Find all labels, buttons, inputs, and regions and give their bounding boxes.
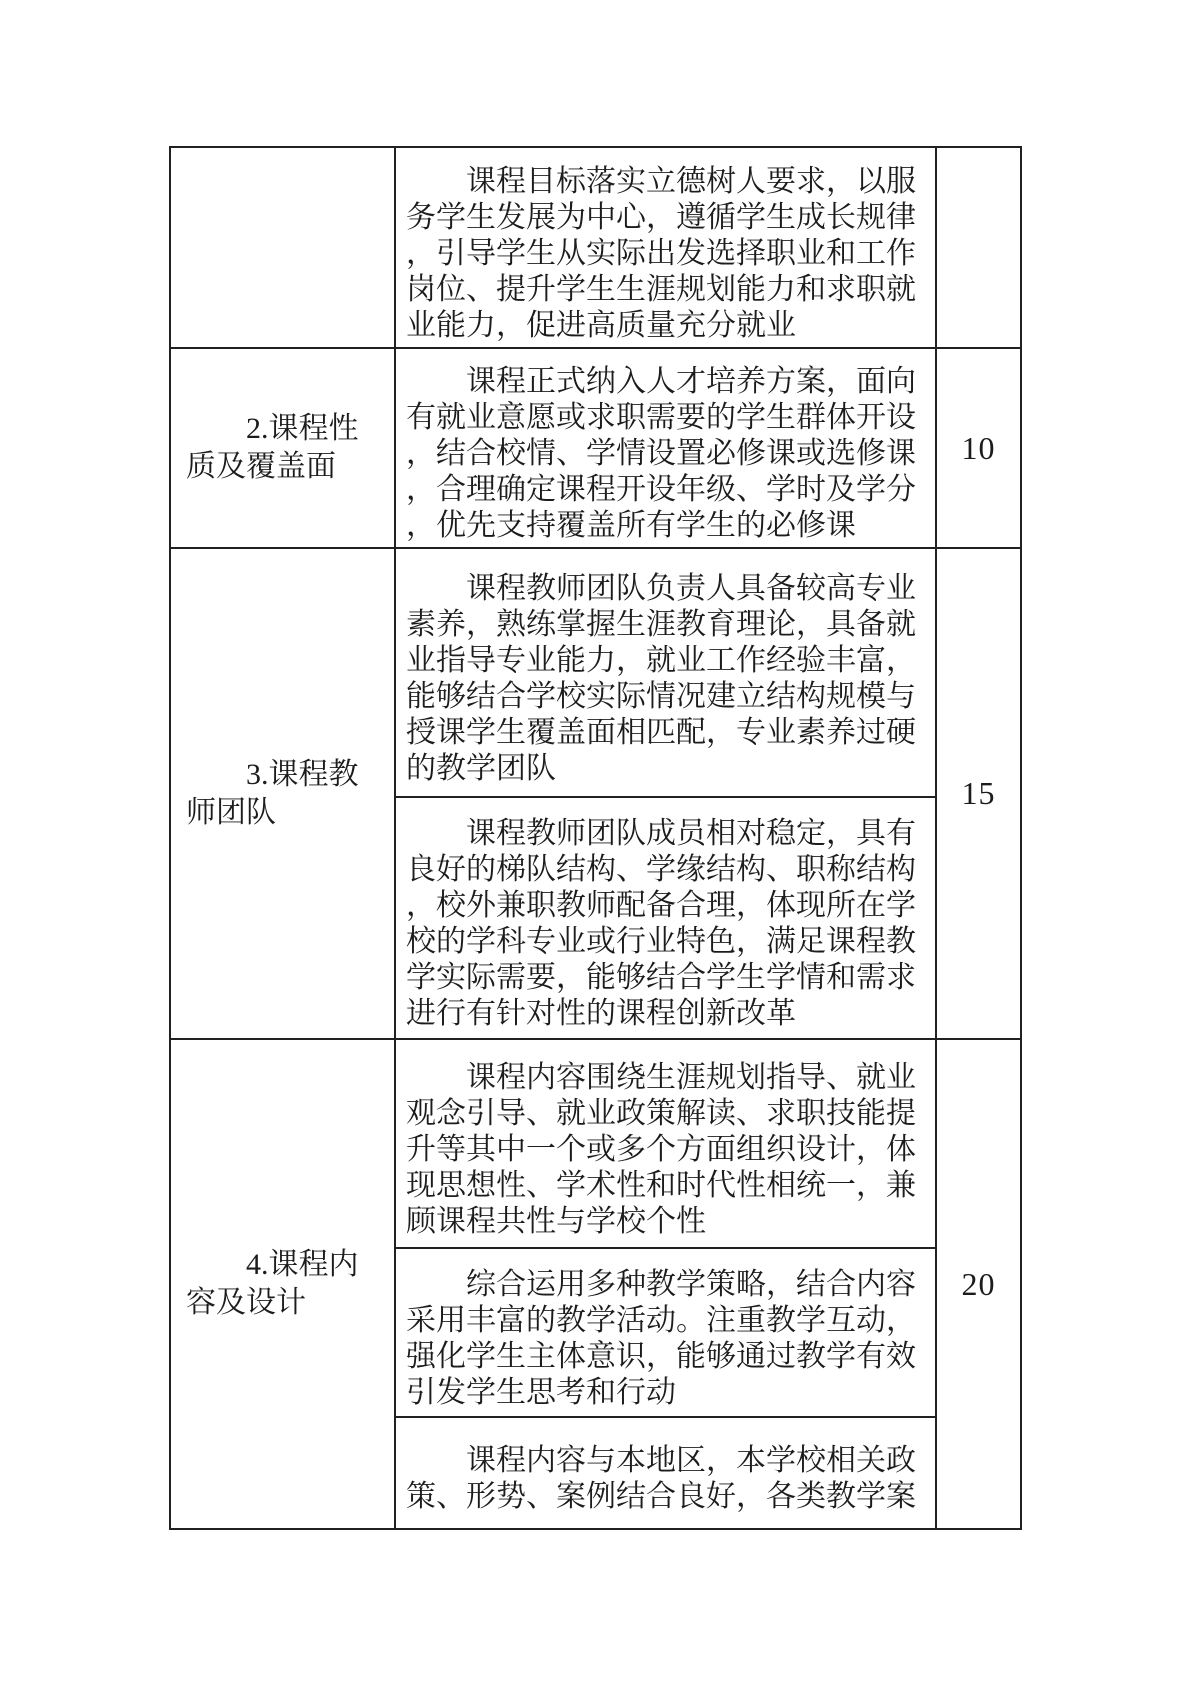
criteria-text-3a: 课程教师团队负责人具备较高专业素养，熟练掌握生涯教育理论，具备就业指导专业能力，… bbox=[406, 571, 923, 787]
criteria-text-1: 课程目标落实立德树人要求，以服务学生发展为中心，遵循学生成长规律，引导学生从实际… bbox=[406, 164, 923, 344]
indicator-cell-3: 3.课程教师团队 bbox=[170, 548, 395, 1039]
criteria-cell-4b: 综合运用多种教学策略，结合内容采用丰富的教学活动。注重教学互动，强化学生主体意识… bbox=[395, 1248, 936, 1417]
criteria-cell-4c: 课程内容与本地区，本学校相关政策、形势、案例结合良好，各类教学案 bbox=[395, 1417, 936, 1529]
score-cell-3: 15 bbox=[936, 548, 1021, 1039]
document-page: 课程目标落实立德树人要求，以服务学生发展为中心，遵循学生成长规律，引导学生从实际… bbox=[0, 0, 1191, 1684]
table-row-2: 2.课程性质及覆盖面 课程正式纳入人才培养方案，面向有就业意愿或求职需要的学生群… bbox=[170, 348, 1021, 548]
score-cell-1 bbox=[936, 147, 1021, 348]
criteria-text-2: 课程正式纳入人才培养方案，面向有就业意愿或求职需要的学生群体开设，结合校情、学情… bbox=[406, 364, 923, 544]
criteria-text-3b: 课程教师团队成员相对稳定，具有良好的梯队结构、学缘结构、职称结构，校外兼职教师配… bbox=[406, 816, 923, 1032]
score-cell-2: 10 bbox=[936, 348, 1021, 548]
criteria-cell-4a: 课程内容围绕生涯规划指导、就业观念引导、就业政策解读、求职技能提升等其中一个或多… bbox=[395, 1039, 936, 1248]
score-cell-4: 20 bbox=[936, 1039, 1021, 1529]
indicator-cell-2: 2.课程性质及覆盖面 bbox=[170, 348, 395, 548]
criteria-cell-3a: 课程教师团队负责人具备较高专业素养，熟练掌握生涯教育理论，具备就业指导专业能力，… bbox=[395, 548, 936, 797]
indicator-label-4: 4.课程内容及设计 bbox=[186, 1246, 379, 1322]
indicator-label-2: 2.课程性质及覆盖面 bbox=[186, 410, 379, 486]
criteria-text-4a: 课程内容围绕生涯规划指导、就业观念引导、就业政策解读、求职技能提升等其中一个或多… bbox=[406, 1060, 923, 1240]
criteria-text-4b: 综合运用多种教学策略，结合内容采用丰富的教学活动。注重教学互动，强化学生主体意识… bbox=[406, 1267, 923, 1411]
criteria-cell-3b: 课程教师团队成员相对稳定，具有良好的梯队结构、学缘结构、职称结构，校外兼职教师配… bbox=[395, 797, 936, 1039]
table-row-1: 课程目标落实立德树人要求，以服务学生发展为中心，遵循学生成长规律，引导学生从实际… bbox=[170, 147, 1021, 348]
evaluation-table: 课程目标落实立德树人要求，以服务学生发展为中心，遵循学生成长规律，引导学生从实际… bbox=[169, 146, 1022, 1530]
table-row-4a: 4.课程内容及设计 课程内容围绕生涯规划指导、就业观念引导、就业政策解读、求职技… bbox=[170, 1039, 1021, 1248]
score-value-2: 10 bbox=[962, 430, 996, 466]
indicator-label-3: 3.课程教师团队 bbox=[186, 756, 379, 832]
score-value-3: 15 bbox=[962, 775, 996, 811]
criteria-cell-1: 课程目标落实立德树人要求，以服务学生发展为中心，遵循学生成长规律，引导学生从实际… bbox=[395, 147, 936, 348]
criteria-text-4c: 课程内容与本地区，本学校相关政策、形势、案例结合良好，各类教学案 bbox=[406, 1443, 923, 1515]
table-row-3a: 3.课程教师团队 课程教师团队负责人具备较高专业素养，熟练掌握生涯教育理论，具备… bbox=[170, 548, 1021, 797]
indicator-cell-1 bbox=[170, 147, 395, 348]
indicator-cell-4: 4.课程内容及设计 bbox=[170, 1039, 395, 1529]
criteria-cell-2: 课程正式纳入人才培养方案，面向有就业意愿或求职需要的学生群体开设，结合校情、学情… bbox=[395, 348, 936, 548]
score-value-4: 20 bbox=[962, 1266, 996, 1302]
